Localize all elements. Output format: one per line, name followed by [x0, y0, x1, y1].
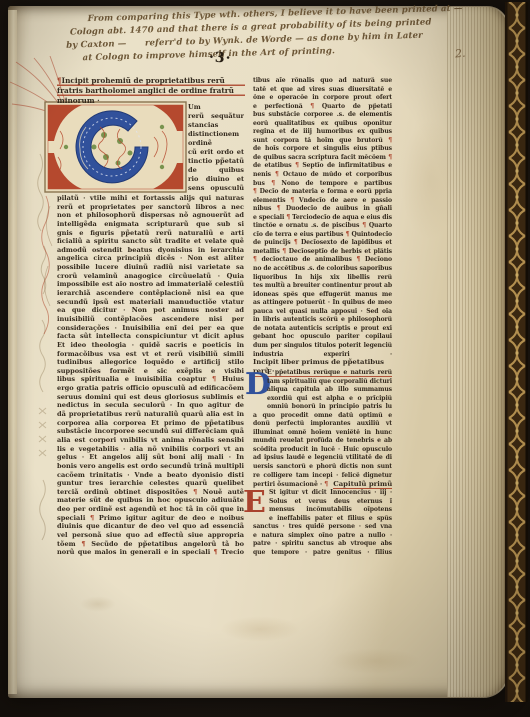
- liber-primus-paragraph: D E pp̃etatibus rerũque e naturis rerũta…: [253, 369, 392, 480]
- handwritten-page-number: 2.: [454, 47, 466, 61]
- gutter-page-edge: [8, 10, 17, 694]
- capitulum-primum-paragraph: E St igitur vt dicit Innocencius · iij ·…: [253, 489, 392, 557]
- prohemium-heading: ¶Incipit prohemiũ de proprietatibus rerũ…: [57, 76, 245, 107]
- paragraph-lines: St igitur vt dicit Innocencius · iij ·So…: [253, 489, 392, 557]
- lombard-initial-e: E: [243, 489, 267, 515]
- left-column-body-text: pilatũ · vtile mihi et fortassis alijs q…: [57, 194, 244, 557]
- lombard-initial-d: D: [245, 370, 265, 404]
- capitulum-heading: Capitulũ primũ: [333, 480, 392, 489]
- right-column-body-text: tibus aĩe rõnalis quo ad naturã suetatẽ …: [253, 77, 392, 359]
- quire-signature-mark: ·3·: [209, 49, 232, 66]
- fore-edge-page-stack: [447, 7, 508, 697]
- book-photograph: From comparing this Type wth. others, I …: [0, 0, 530, 717]
- paragraph-lines: E pp̃etatibus rerũque e naturis rerũtam …: [253, 369, 392, 480]
- left-column-wrapped-text: Um proprietatesrerũ sequãtur substancias…: [188, 103, 244, 193]
- illuminated-initial-panel: [44, 101, 187, 193]
- rubric-paraph-mark: ¶: [324, 481, 328, 488]
- gilt-binding-edge: [505, 2, 528, 702]
